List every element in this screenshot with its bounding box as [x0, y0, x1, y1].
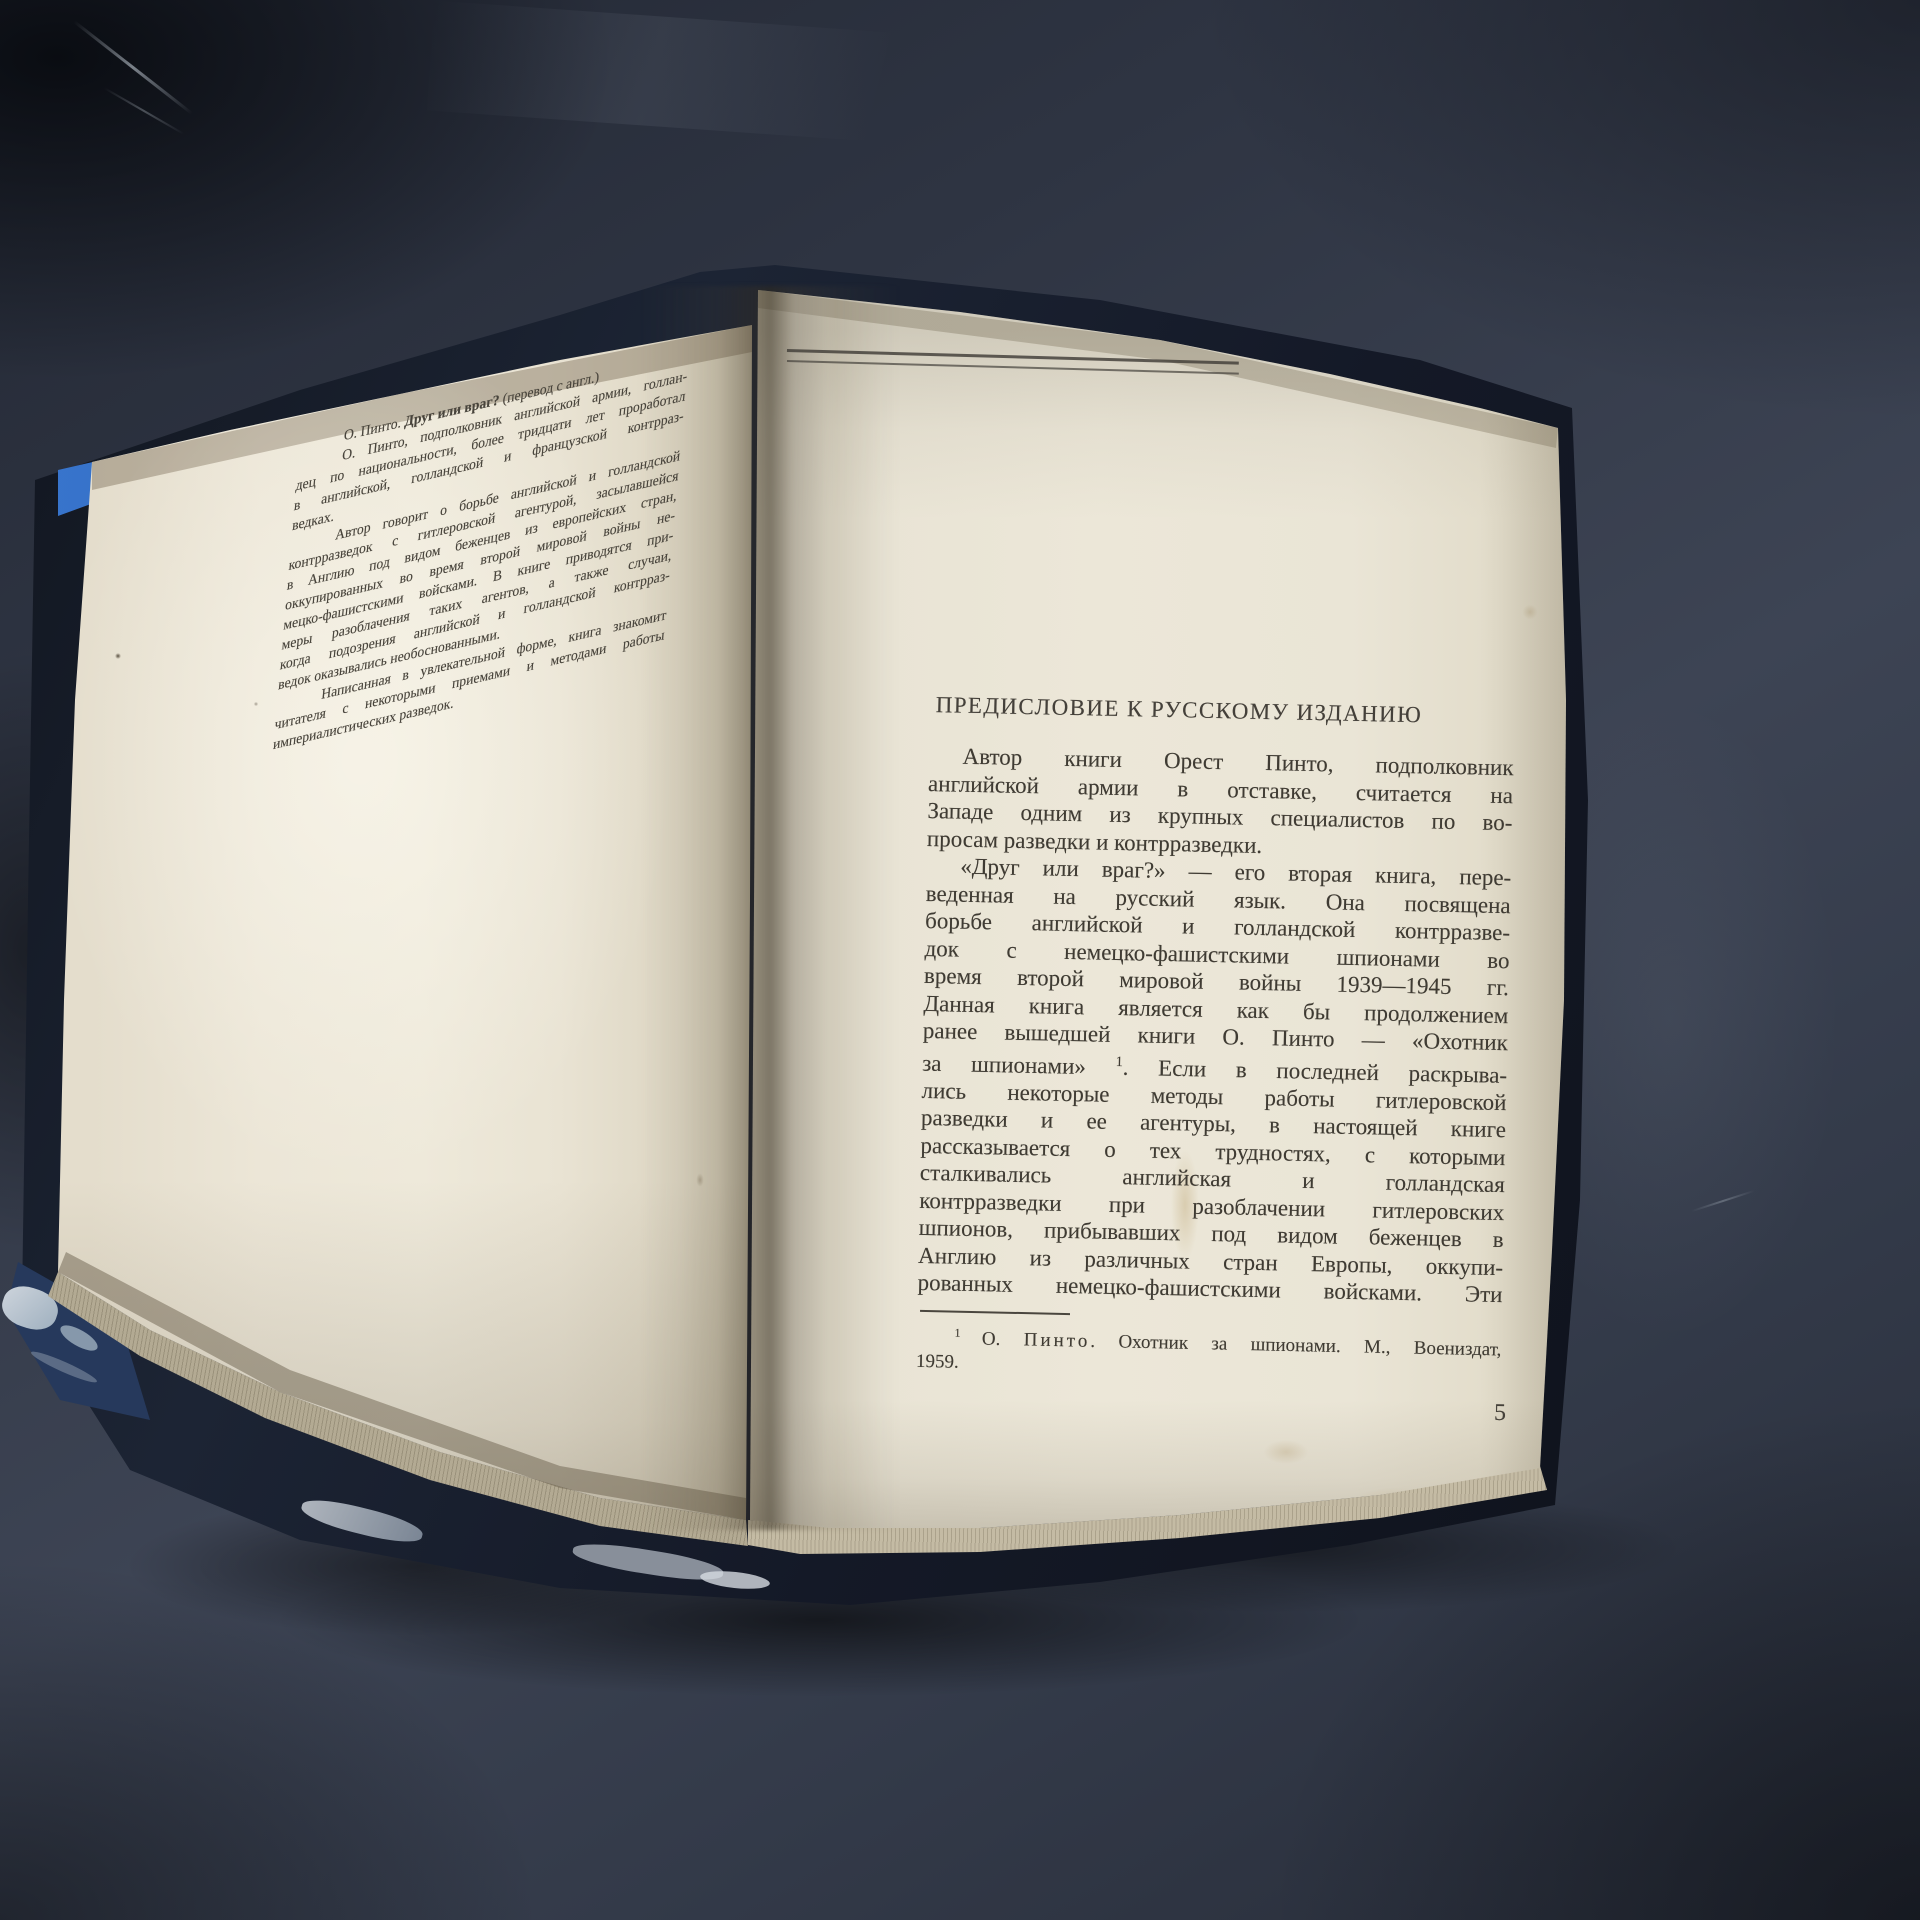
preface-content: ПРЕДИСЛОВИЕ К РУССКОМУ ИЗДАНИЮ Автор кни… — [916, 692, 1515, 1386]
gutter-shadow — [640, 286, 900, 1530]
footnote-rule — [920, 1310, 1070, 1315]
page-number: 5 — [1494, 1400, 1507, 1427]
book-photo: О. Пинто. Друг или враг? (перевод с англ… — [0, 0, 1920, 1920]
preface-body: Автор книги Орест Пинто, подполковниканг… — [917, 742, 1513, 1309]
